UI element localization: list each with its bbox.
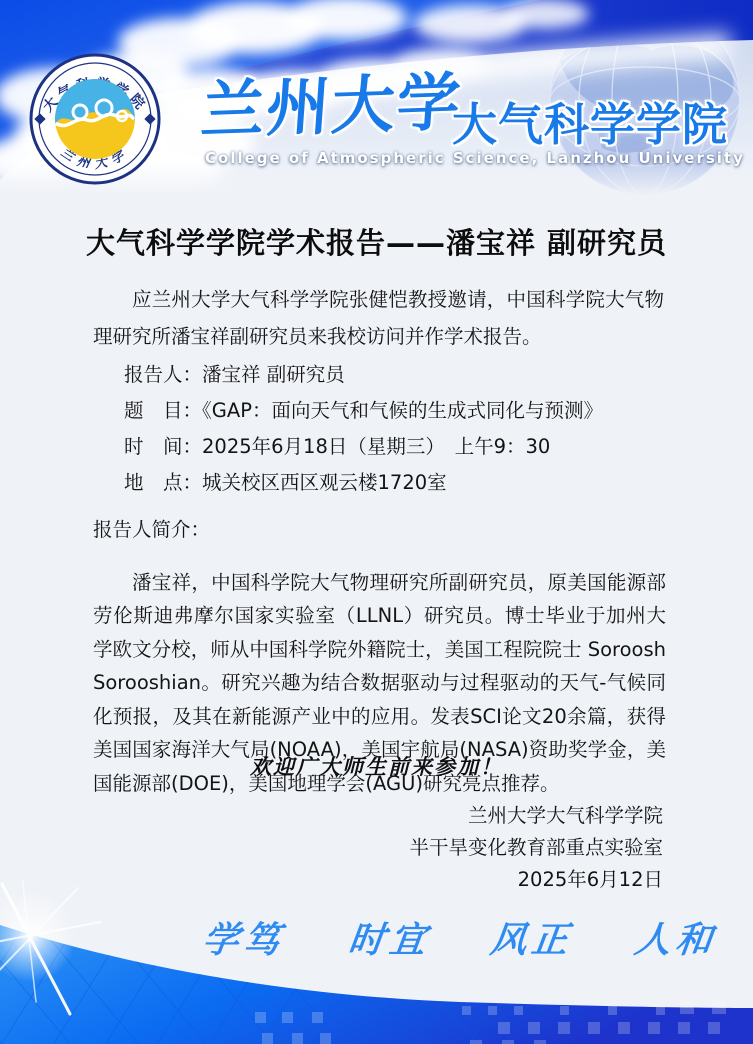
lecture-title: 大气科学学院学术报告——潘宝祥 副研究员 <box>0 221 753 262</box>
topic-value: 《GAP：面向天气和气候的生成式同化与预测》 <box>202 399 603 422</box>
university-name: 兰州大学 <box>198 51 465 151</box>
welcome-line: 欢迎广大师生前来参加！ <box>0 751 753 781</box>
motto-word-4: 人和 <box>632 912 720 963</box>
footer-wave: 学笃 时宜 风正 人和 <box>0 880 753 1044</box>
time-label: 时 间： <box>124 435 202 458</box>
signature-line-lab: 半干旱变化教育部重点实验室 <box>409 832 663 864</box>
detail-row-speaker: 报告人：潘宝祥 副研究员 <box>124 357 603 393</box>
detail-row-location: 地 点：城关校区西区观云楼1720室 <box>124 465 603 501</box>
university-logo: 大气科学学院 兰州大学 <box>28 52 162 186</box>
college-name: 大气科学学院 <box>452 88 728 153</box>
detail-row-time: 时 间：2025年6月18日（星期三） 上午9：30 <box>124 429 603 465</box>
motto-word-2: 时宜 <box>346 912 434 963</box>
signature-line-college: 兰州大学大气科学学院 <box>409 800 663 832</box>
speaker-value: 潘宝祥 副研究员 <box>202 363 345 386</box>
motto-word-1: 学笃 <box>200 912 288 963</box>
bio-heading: 报告人简介： <box>93 514 210 542</box>
college-subtitle-en: College of Atmospheric Science, Lanzhou … <box>205 149 715 167</box>
time-value: 2025年6月18日（星期三） 上午9：30 <box>202 435 550 458</box>
location-label: 地 点： <box>124 471 202 494</box>
topic-label: 题 目： <box>124 399 202 422</box>
logo-cloud-emblem <box>55 79 135 159</box>
intro-paragraph: 应兰州大学大气科学学院张健恺教授邀请，中国科学院大气物理研究所潘宝祥副研究员来我… <box>93 281 664 355</box>
poster: 大气科学学院 兰州大学 兰州大学 大气科学学院 College of A <box>0 0 753 1044</box>
university-seal-graphic: 大气科学学院 兰州大学 <box>28 52 162 186</box>
lecture-details: 报告人：潘宝祥 副研究员 题 目：《GAP：面向天气和气候的生成式同化与预测》 … <box>124 357 603 501</box>
detail-row-topic: 题 目：《GAP：面向天气和气候的生成式同化与预测》 <box>124 393 603 429</box>
header-banner: 大气科学学院 兰州大学 兰州大学 大气科学学院 College of A <box>0 0 753 196</box>
speaker-label: 报告人： <box>124 363 202 386</box>
motto-word-3: 风正 <box>488 912 576 963</box>
location-value: 城关校区西区观云楼1720室 <box>202 471 447 494</box>
